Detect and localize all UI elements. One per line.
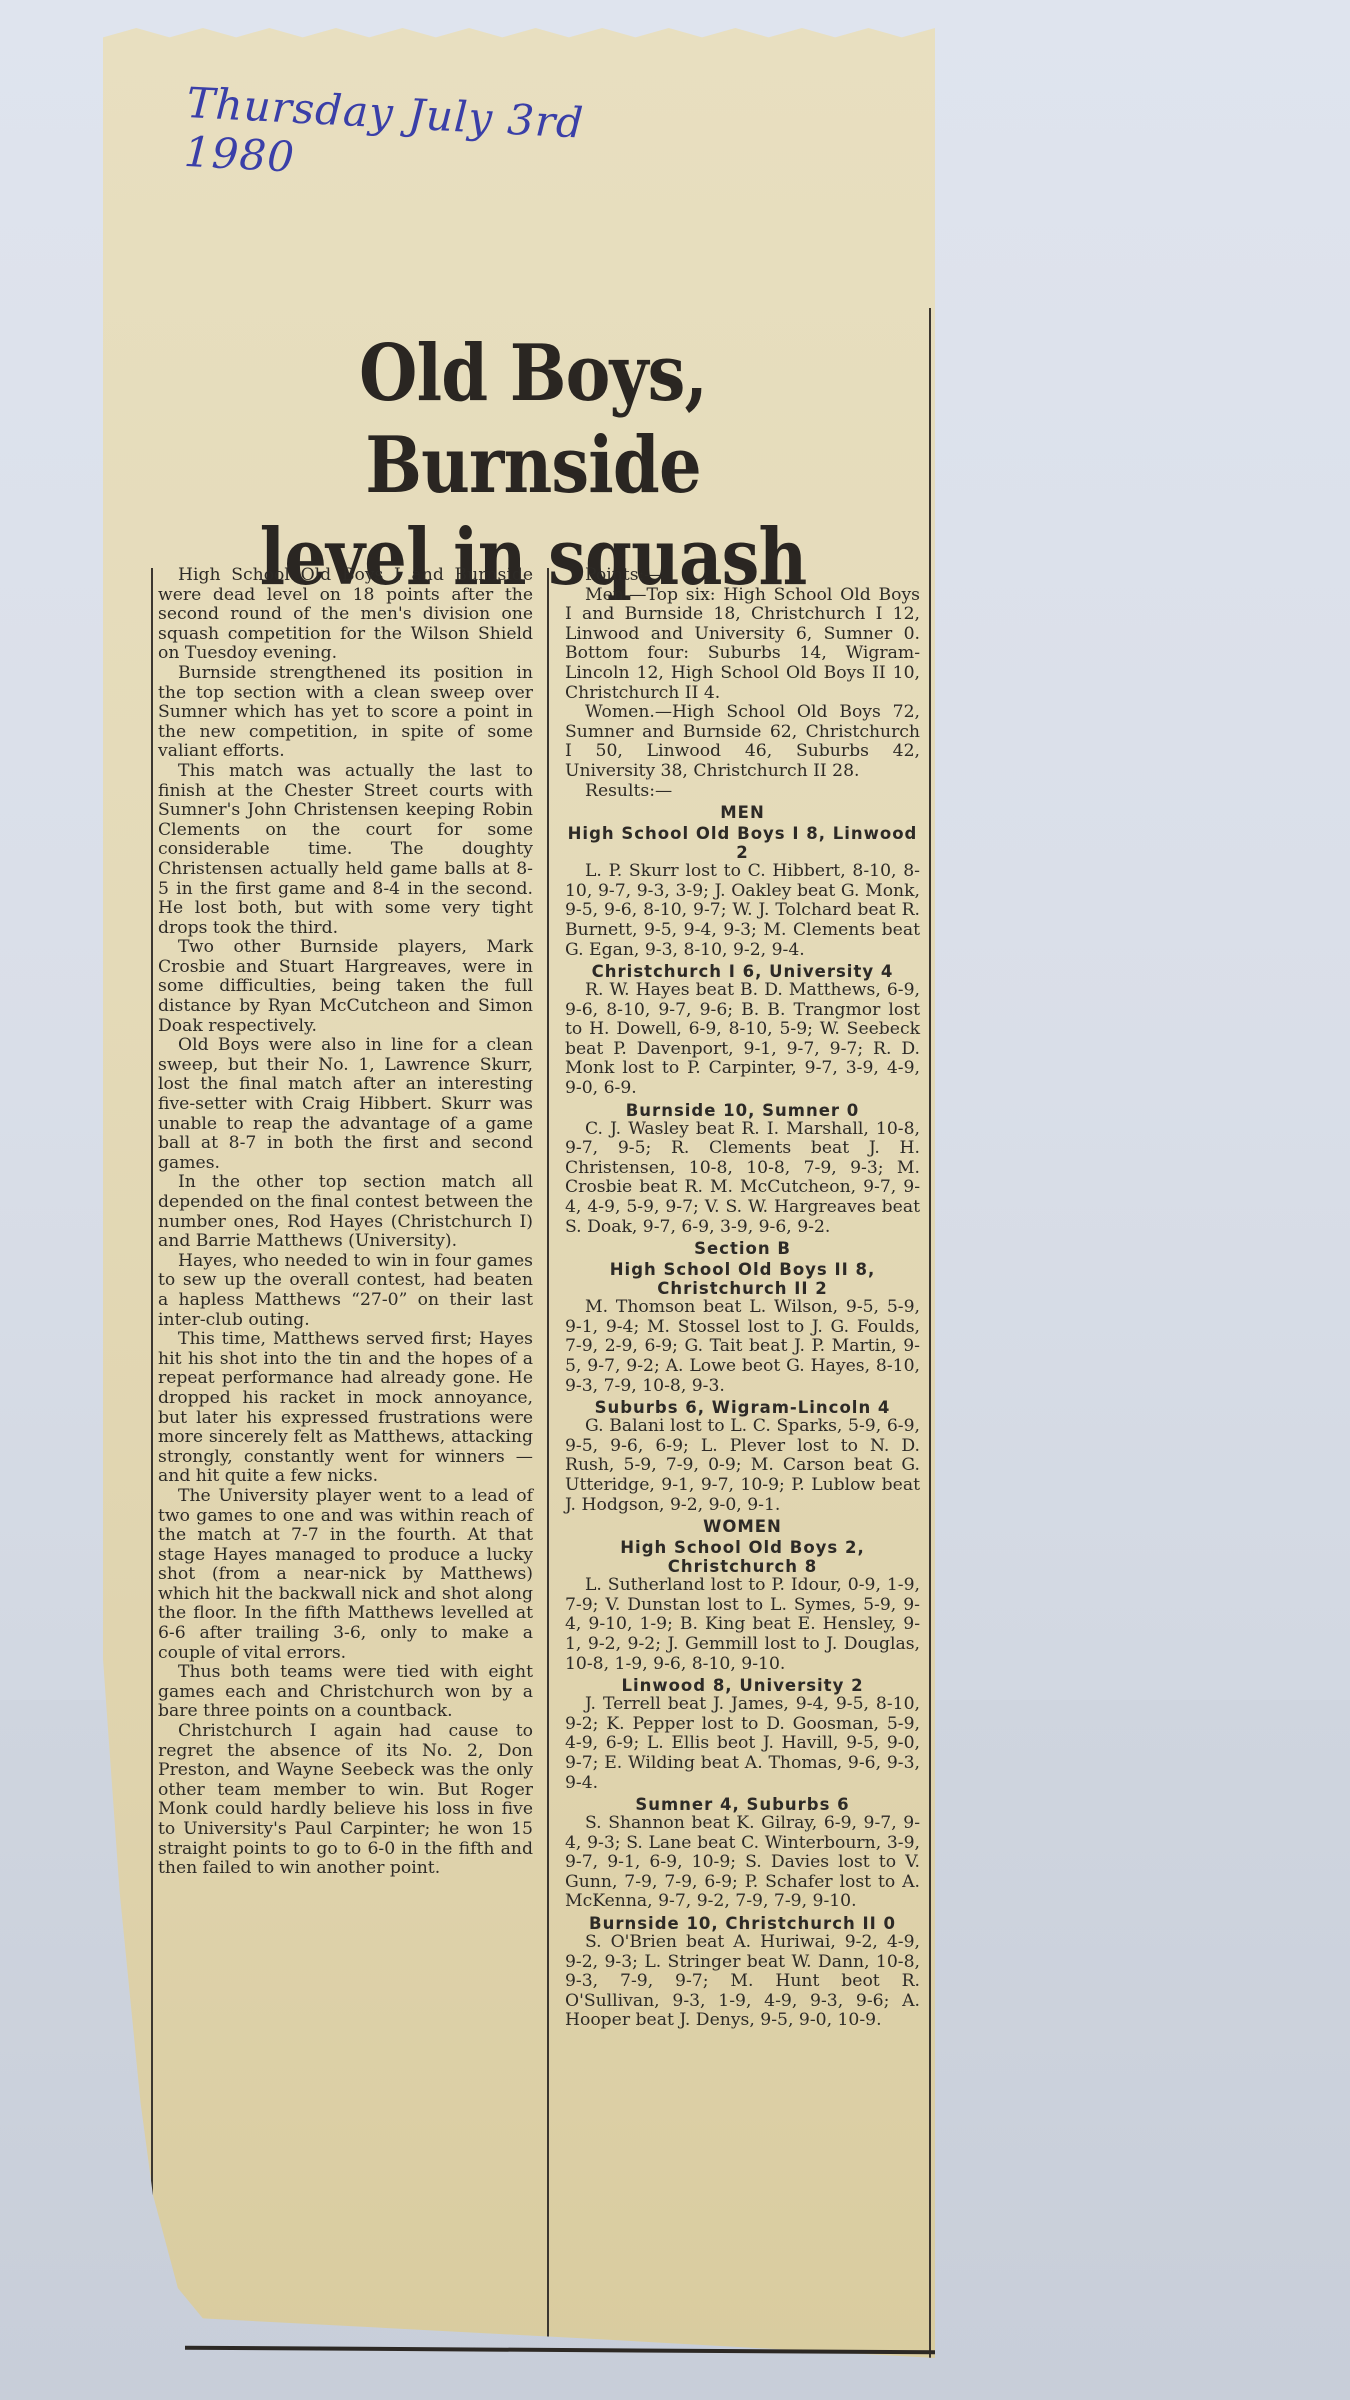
results-section-title: WOMEN (565, 1517, 920, 1536)
match-result: L. P. Skurr lost to C. Hibbert, 8-10, 8-… (565, 862, 920, 960)
headline: Old Boys, Burnside level in squash (189, 328, 877, 604)
headline-line-1: Old Boys, Burnside (189, 328, 877, 512)
right-border-rule (929, 308, 931, 2358)
match-title: Linwood 8, University 2 (565, 1676, 920, 1695)
newspaper-clipping: Thursday July 3rd 1980 Old Boys, Burnsid… (103, 28, 935, 2358)
match-result: C. J. Wasley beat R. I. Marshall, 10-8, … (565, 1120, 920, 1238)
match-result: J. Terrell beat J. James, 9-4, 9-5, 8-10… (565, 1695, 920, 1793)
match-title: Sumner 4, Suburbs 6 (565, 1795, 920, 1814)
match-result: S. Shannon beat K. Gilray, 6-9, 9-7, 9-4… (565, 1814, 920, 1912)
match-title: Suburbs 6, Wigram-Lincoln 4 (565, 1398, 920, 1417)
results-heading: Results:— (565, 782, 920, 802)
match-result: S. O'Brien beat A. Huriwai, 9-2, 4-9, 9-… (565, 1933, 920, 2031)
article-paragraph: Two other Burnside players, Mark Crosbie… (158, 938, 533, 1036)
match-title: Christchurch I 6, University 4 (565, 962, 920, 981)
results-section-title: MEN (565, 803, 920, 822)
article-paragraph: Thus both teams were tied with eight gam… (158, 1663, 533, 1722)
handwritten-date: Thursday July 3rd 1980 (183, 78, 707, 203)
article-paragraph: Burnside strengthened its position in th… (158, 664, 533, 762)
article-paragraph: Old Boys were also in line for a clean s… (158, 1036, 533, 1173)
article-paragraph: Christchurch I again had cause to regret… (158, 1722, 533, 1879)
column-divider-rule (547, 568, 549, 2358)
article-paragraph: This match was actually the last to fini… (158, 762, 533, 938)
match-result: G. Balani lost to L. C. Sparks, 5-9, 6-9… (565, 1417, 920, 1515)
article-paragraph: This time, Matthews served first; Hayes … (158, 1330, 533, 1487)
match-result: L. Sutherland lost to P. Idour, 0-9, 1-9… (565, 1576, 920, 1674)
match-title: High School Old Boys I 8, Linwood 2 (565, 824, 920, 862)
match-result: M. Thomson beat L. Wilson, 9-5, 5-9, 9-1… (565, 1298, 920, 1396)
match-title: High School Old Boys 2, Christchurch 8 (565, 1538, 920, 1576)
points-heading: Points:— (565, 566, 920, 586)
article-paragraph: Hayes, who needed to win in four games t… (158, 1252, 533, 1330)
article-paragraph: The University player went to a lead of … (158, 1487, 533, 1663)
match-title: Burnside 10, Christchurch II 0 (565, 1914, 920, 1933)
article-paragraph: In the other top section match all depen… (158, 1173, 533, 1251)
match-title: Burnside 10, Sumner 0 (565, 1101, 920, 1120)
match-result: R. W. Hayes beat B. D. Matthews, 6-9, 9-… (565, 981, 920, 1099)
points-women: Women.—High School Old Boys 72, Sumner a… (565, 703, 920, 781)
match-title: High School Old Boys II 8, Christchurch … (565, 1260, 920, 1298)
article-body-column: High School Old Boys I and Burnside were… (158, 566, 533, 1879)
left-border-rule (151, 568, 153, 2358)
points-men: Men.—Top six: High School Old Boys I and… (565, 586, 920, 704)
article-paragraph: High School Old Boys I and Burnside were… (158, 566, 533, 664)
results-section-title: Section B (565, 1239, 920, 1258)
results-column: Points:— Men.—Top six: High School Old B… (565, 566, 920, 2031)
